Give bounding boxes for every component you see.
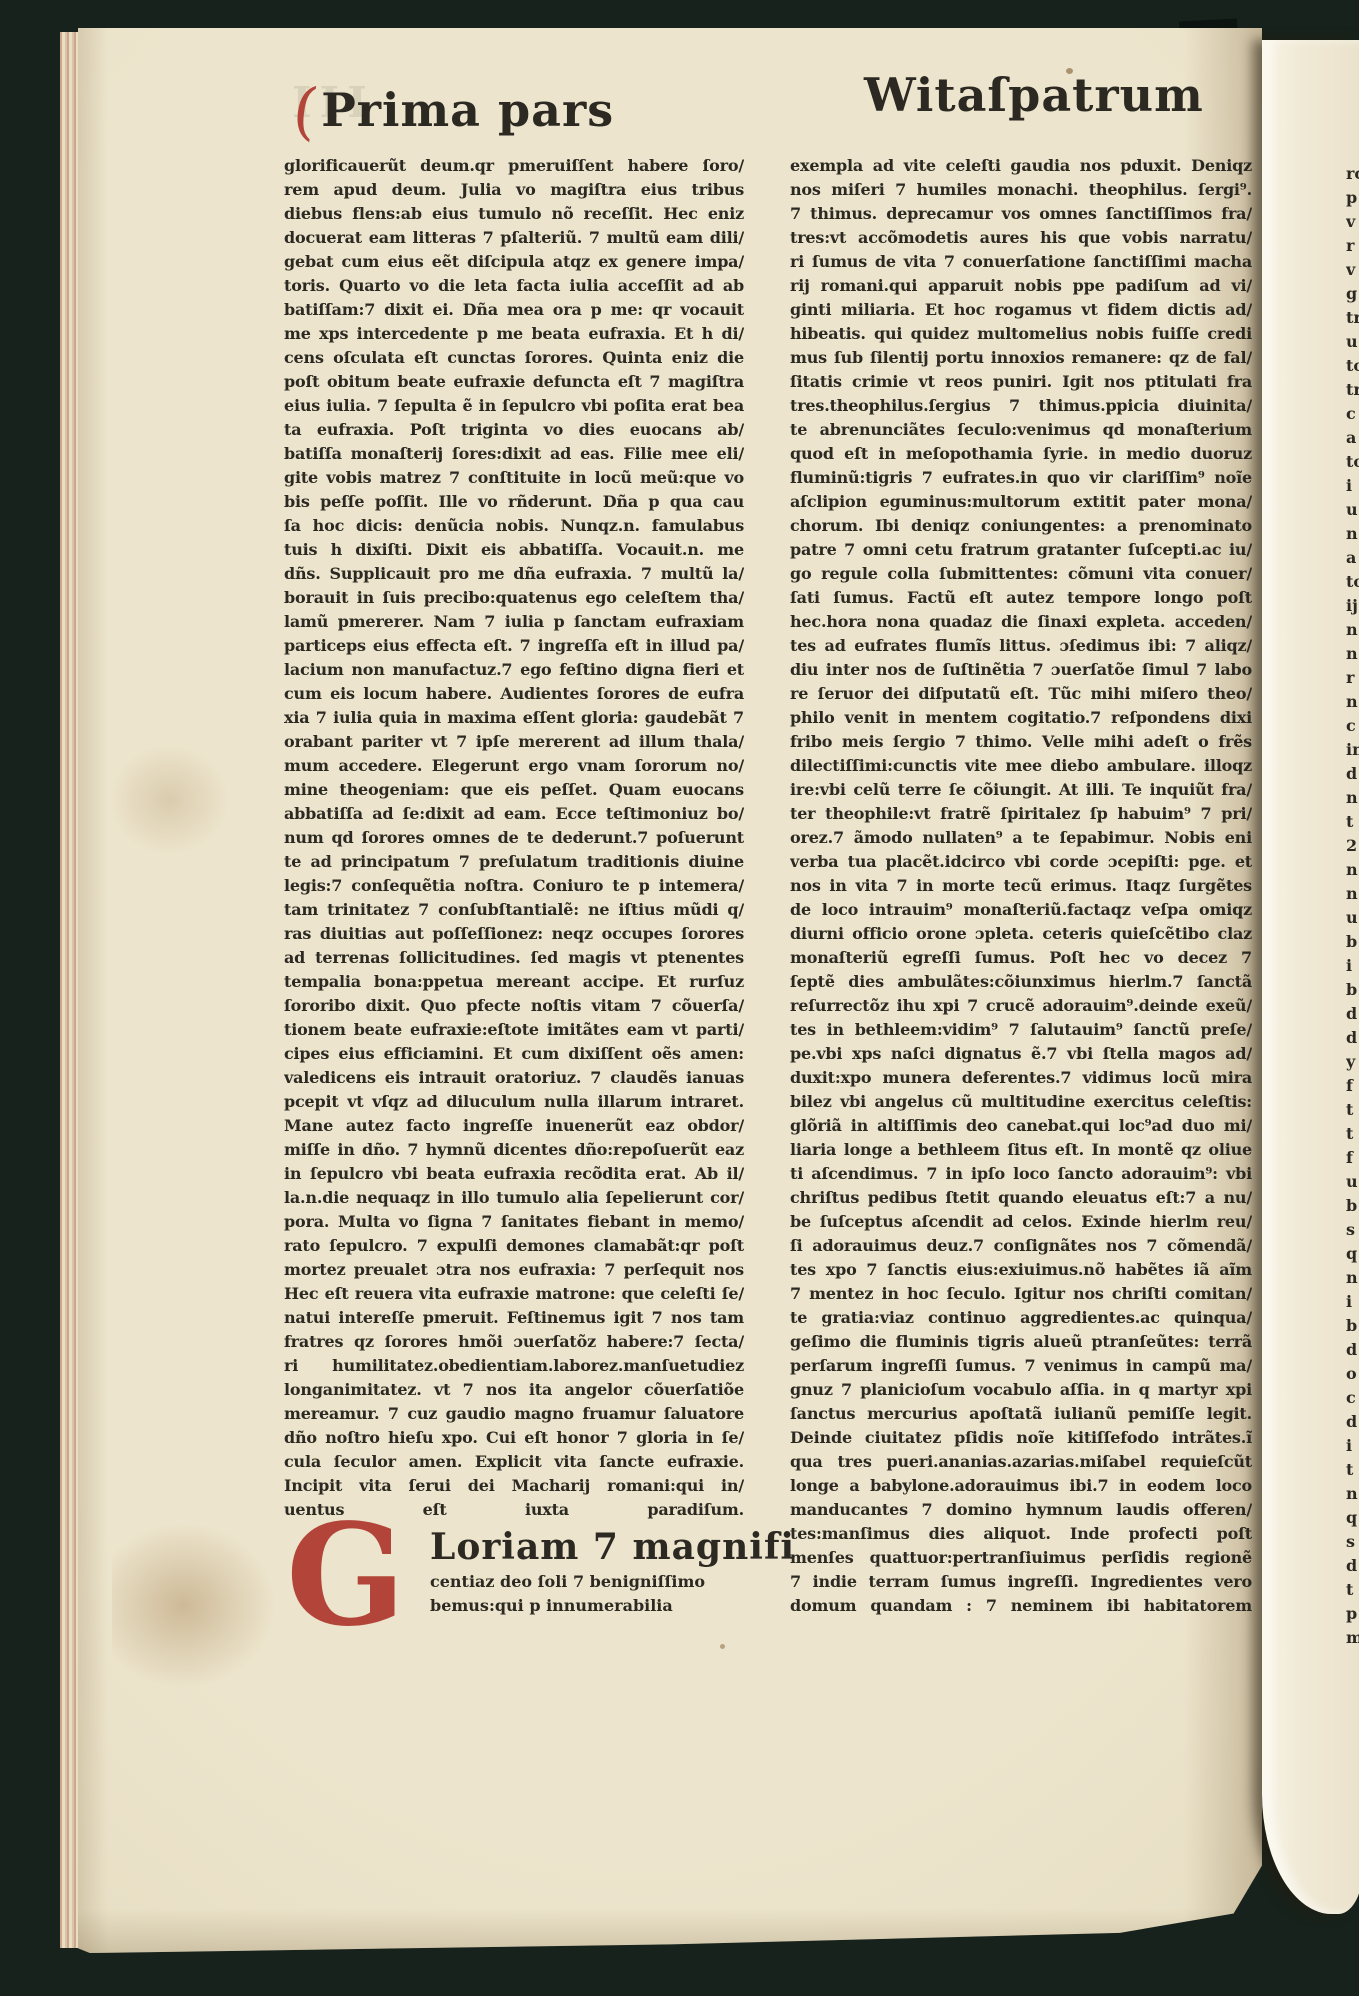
text-line: bis peſſe poſſit. Ille vo rñderunt. Dña … <box>284 490 744 514</box>
text-fragment: o <box>1346 1362 1359 1386</box>
text-fragment: p <box>1346 186 1359 210</box>
text-fragment: b <box>1346 1314 1359 1338</box>
text-line: tres:vt accõmodetis aures his que vobis … <box>790 226 1252 250</box>
text-line: legis:7 conſequẽtia noſtra. Coniuro te p… <box>284 874 744 898</box>
text-fragment: q <box>1346 1242 1359 1266</box>
text-line: ter theophile:vt fratrẽ ſpiritalez ſp ha… <box>790 802 1252 826</box>
chapter-opening: G Loriam 7 magnifi centiaz deo ſoli 7 be… <box>284 1524 746 1618</box>
text-line: te gratia:viaz continuo aggredientes.ac … <box>790 1306 1252 1330</box>
text-line: tes in bethleem:vidim⁹ 7 ſalutauim⁹ ſanc… <box>790 1018 1252 1042</box>
text-line: mine theogeniam: que eis peſſet. Quam eu… <box>284 778 744 802</box>
text-fragment: r <box>1346 666 1359 690</box>
text-fragment: n <box>1346 786 1359 810</box>
text-line: la.n.die nequaqz in illo tumulo alia ſep… <box>284 1186 744 1210</box>
next-page-text-fragments: rcpvrvgtrutotrcatoiunatoijnnrncindnt2nnu… <box>1346 162 1359 1650</box>
text-line: mus ſub ſilentij portu innoxios remanere… <box>790 346 1252 370</box>
text-line: abbatiſſa ad ſe:dixit ad eam. Ecce teſti… <box>284 802 744 826</box>
text-line: Mane autez facto ingreſſe inuenerũt eaz … <box>284 1114 744 1138</box>
text-fragment: n <box>1346 1482 1359 1506</box>
text-line: tes:manſimus dies aliquot. Inde profecti… <box>790 1522 1252 1546</box>
text-fragment: u <box>1346 1170 1359 1194</box>
illuminated-initial: G <box>286 1524 406 1628</box>
text-line: rij romani.qui apparuit nobis ppe padiſu… <box>790 274 1252 298</box>
text-line: poſt obitum beate eufraxie defuncta eſt … <box>284 370 744 394</box>
text-fragment: d <box>1346 1026 1359 1050</box>
text-fragment: p <box>1346 1602 1359 1626</box>
text-line: tempalia bona:ppetua mereant accipe. Et … <box>284 970 744 994</box>
chapter-opening-body: centiaz deo ſoli 7 benigniſſimo agere de… <box>430 1570 746 1618</box>
text-fragment: tr <box>1346 378 1359 402</box>
heading-left-label: Prima pars <box>321 83 614 137</box>
text-line: hibeatis. qui quidez multomelius nobis f… <box>790 322 1252 346</box>
text-line: ri humilitatez.obedientiam.laborez.manſu… <box>284 1354 744 1378</box>
text-line: cum eis locum habere. Audientes ſorores … <box>284 682 744 706</box>
text-line: domum quandam : 7 neminem ibi habitatore… <box>790 1594 1252 1618</box>
text-fragment: 2 <box>1346 834 1359 858</box>
next-page-edge: rcpvrvgtrutotrcatoiunatoijnnrncindnt2nnu… <box>1262 40 1359 1914</box>
paper-speck <box>1066 68 1073 74</box>
text-line: re ſeruor dei diſputatũ eſt. Tũc mihi mi… <box>790 682 1252 706</box>
text-fragment: u <box>1346 330 1359 354</box>
paper-stain <box>112 1524 282 1694</box>
text-fragment: i <box>1346 954 1359 978</box>
gutter-shadow-left <box>78 28 108 1954</box>
text-line: 7 indie terram ſumus ingreſſi. Ingredien… <box>790 1570 1252 1594</box>
text-fragment: v <box>1346 258 1359 282</box>
text-line: batiſſam:7 dixit ei. Dña mea ora p me: q… <box>284 298 744 322</box>
text-line: 7 mentez in hoc ſeculo. Igitur nos chriſ… <box>790 1282 1252 1306</box>
page-heading-right: Witaſpatrum <box>864 68 1204 122</box>
text-line: ire:vbi celũ terre ſe cõiungit. At illi.… <box>790 778 1252 802</box>
text-line: toris. Quarto vo die leta facta iulia ac… <box>284 274 744 298</box>
text-line: particeps eius effecta eſt. 7 ingreſſa e… <box>284 634 744 658</box>
text-line: mum accedere. Elegerunt ergo vnam ſororu… <box>284 754 744 778</box>
text-fragment: in <box>1346 738 1359 762</box>
text-line: longe a babylone.adorauimus ibi.7 in eod… <box>790 1474 1252 1498</box>
text-fragment: t <box>1346 1458 1359 1482</box>
text-line: geſimo die fluminis tigris alueũ ptranſe… <box>790 1330 1252 1354</box>
bottom-shadow <box>78 1908 1262 1954</box>
text-fragment: n <box>1346 618 1359 642</box>
text-line: qua tres pueri.ananias.azarias.miſabel r… <box>790 1450 1252 1474</box>
text-line: longanimitatez. vt 7 nos ita angelor cõu… <box>284 1378 744 1402</box>
text-line: chorum. Ibi deniqz coniungentes: a preno… <box>790 514 1252 538</box>
text-column-right: exempla ad vite celeſti gaudia nos pduxi… <box>790 154 1252 1618</box>
text-fragment: a <box>1346 426 1359 450</box>
text-fragment: ij <box>1346 594 1359 618</box>
text-line: reſurrectõz ihu xpi 7 crucẽ adorauim⁹.de… <box>790 994 1252 1018</box>
text-fragment: m <box>1346 1626 1359 1650</box>
text-line: me xps intercedente p me beata eufraxia.… <box>284 322 744 346</box>
text-line: eius iulia. 7 ſepulta ẽ in ſepulcro vbi … <box>284 394 744 418</box>
text-line: aſclipion eguminus:multorum extitit pate… <box>790 490 1252 514</box>
text-line: valedicens eis intrauit oratoriuz. 7 cla… <box>284 1066 744 1090</box>
text-fragment: t <box>1346 810 1359 834</box>
text-line: ſati ſumus. Factũ eſt autez tempore long… <box>790 586 1252 610</box>
text-line: rem apud deum. Julia vo magiſtra eius tr… <box>284 178 744 202</box>
text-line: gite vobis matrez 7 conſtituite in locũ … <box>284 466 744 490</box>
text-line: bemus:qui p innumerabilia miraculorũ <box>430 1594 746 1618</box>
text-line: liaria longe a bethleem ſitus eſt. In mo… <box>790 1138 1252 1162</box>
text-fragment: c <box>1346 402 1359 426</box>
text-line: ti aſcendimus. 7 in ipſo loco ſancto ado… <box>790 1162 1252 1186</box>
text-line: glõriã in altiſſimis deo canebat.qui loc… <box>790 1114 1252 1138</box>
text-line: diurni officio orone ɔpleta. ceteris qui… <box>790 922 1252 946</box>
text-fragment: n <box>1346 690 1359 714</box>
text-fragment: a <box>1346 546 1359 570</box>
text-line: te ad principatum 7 preſulatum tradition… <box>284 850 744 874</box>
text-line: natui intereſſe pmeruit. Feſtinemus igit… <box>284 1306 744 1330</box>
text-fragment: to <box>1346 570 1359 594</box>
text-line: philo venit in mentem cogitatio.7 reſpon… <box>790 706 1252 730</box>
chapter-opening-display-line: Loriam 7 magnifi <box>430 1524 746 1570</box>
text-line: patre 7 omni cetu fratrum gratanter ſuſc… <box>790 538 1252 562</box>
text-column-left: glorificauerũt deum.qr pmeruiſſent haber… <box>284 154 744 1522</box>
text-line: ginti miliaria. Et hoc rogamus vt fidem … <box>790 298 1252 322</box>
text-line: exempla ad vite celeſti gaudia nos pduxi… <box>790 154 1252 178</box>
text-line: mereamur. 7 cuz gaudio magno fruamur ſal… <box>284 1402 744 1426</box>
text-line: cipes eius efficiamini. Et cum dixiſſent… <box>284 1042 744 1066</box>
text-fragment: n <box>1346 642 1359 666</box>
text-line: pcepit vt vſqz ad diluculum nulla illaru… <box>284 1090 744 1114</box>
text-line: num qd ſorores omnes de te dederunt.7 po… <box>284 826 744 850</box>
text-fragment: d <box>1346 1338 1359 1362</box>
text-fragment: n <box>1346 882 1359 906</box>
text-line: nos miſeri 7 humiles monachi. theophilus… <box>790 178 1252 202</box>
text-line: ſitatis crimie vt reos puniri. Igit nos … <box>790 370 1252 394</box>
text-fragment: v <box>1346 210 1359 234</box>
chapter-opening-lines: Loriam 7 magnifi centiaz deo ſoli 7 beni… <box>430 1524 746 1618</box>
paragraph-mark-icon: ( <box>289 73 323 149</box>
heading-right-label: Witaſpatrum <box>864 68 1204 122</box>
text-line: gnuz 7 planicioſum vocabulo aſſia. in q … <box>790 1378 1252 1402</box>
text-fragment: i <box>1346 1290 1359 1314</box>
text-line: borauit in ſuis precibo:quatenus ego cel… <box>284 586 744 610</box>
text-fragment: i <box>1346 1434 1359 1458</box>
text-line: de loco intrauim⁹ monaſteriũ.factaqz veſ… <box>790 898 1252 922</box>
text-line: docuerat eam litteras 7 pſalteriũ. 7 mul… <box>284 226 744 250</box>
text-line: tes xpo 7 ſanctis eius:exiuimus.nõ habẽt… <box>790 1258 1252 1282</box>
text-line: verba tua placẽt.idcirco vbi corde ɔcepi… <box>790 850 1252 874</box>
text-fragment: n <box>1346 1266 1359 1290</box>
text-fragment: c <box>1346 714 1359 738</box>
book-page: III (Prima pars Witaſpatrum glorificauer… <box>78 28 1262 1954</box>
text-line: tam trinitatez 7 conſubſtantialẽ: ne iſt… <box>284 898 744 922</box>
text-line: batiſſa monaſterij ſores:dixit ad eas. F… <box>284 442 744 466</box>
text-line: ſa hoc dicis: denũcia nobis. Nunqz.n. fa… <box>284 514 744 538</box>
text-line: dilectiſſimi:cunctis vite mee diebo ambu… <box>790 754 1252 778</box>
text-line: ſi adorauimus deuz.7 conſignãtes nos 7 c… <box>790 1234 1252 1258</box>
text-line: tes ad eufrates flumĩs littus. ɔſedimus … <box>790 634 1252 658</box>
text-fragment: q <box>1346 1506 1359 1530</box>
text-line: ad terrenas ſollicitudines. ſed magis vt… <box>284 946 744 970</box>
text-line: fribo meis ſergio 7 thimo. Velle mihi ad… <box>790 730 1252 754</box>
text-fragment: n <box>1346 522 1359 546</box>
text-line: Deinde ciuitatez pſidis noĩe kitiſſefodo… <box>790 1426 1252 1450</box>
text-line: cens oſculata eſt cunctas ſorores. Quint… <box>284 346 744 370</box>
text-line: tuis h dixiſti. Dixit eis abbatiſſa. Voc… <box>284 538 744 562</box>
text-line: tionem beate eufraxie:eſtote imitãtes ea… <box>284 1018 744 1042</box>
text-line: be ſuſceptus aſcendit ad celos. Exinde h… <box>790 1210 1252 1234</box>
text-fragment: c <box>1346 1386 1359 1410</box>
text-fragment: d <box>1346 1002 1359 1026</box>
text-fragment: t <box>1346 1578 1359 1602</box>
text-fragment: to <box>1346 354 1359 378</box>
text-fragment: s <box>1346 1218 1359 1242</box>
text-fragment: u <box>1346 498 1359 522</box>
text-line: Hec eſt reuera vita eufraxie matrone: qu… <box>284 1282 744 1306</box>
text-line: bilez vbi angelus cũ multitudine exercit… <box>790 1090 1252 1114</box>
photo-background: III (Prima pars Witaſpatrum glorificauer… <box>0 0 1359 1996</box>
text-line: mortez preualet ɔtra nos eufraxia: 7 per… <box>284 1258 744 1282</box>
paper-speck <box>720 1644 725 1649</box>
text-line: chriſtus pedibus ſtetit quando eleuatus … <box>790 1186 1252 1210</box>
text-fragment: n <box>1346 858 1359 882</box>
text-line: gebat cum eius eẽt diſcipula atqz ex gen… <box>284 250 744 274</box>
text-line: 7 thimus. deprecamur vos omnes ſanctiſſi… <box>790 202 1252 226</box>
text-line: lamũ pmererer. Nam 7 iulia p ſanctam euf… <box>284 610 744 634</box>
text-fragment: f <box>1346 1146 1359 1170</box>
text-fragment: rc <box>1346 162 1359 186</box>
text-line: nos in vita 7 in morte tecũ erimus. Itaq… <box>790 874 1252 898</box>
text-line: manducantes 7 domino hymnum laudis offer… <box>790 1498 1252 1522</box>
text-line: te abrenunciãtes ſeculo:venimus qd monaſ… <box>790 418 1252 442</box>
text-line: ſororibo dixit. Quo pfecte noſtis vitam … <box>284 994 744 1018</box>
text-line: ta eufraxia. Poſt triginta vo dies euoca… <box>284 418 744 442</box>
text-line: dño noſtro hieſu xpo. Cui eſt honor 7 gl… <box>284 1426 744 1450</box>
text-line: xia 7 iulia quia in maxima eſſent gloria… <box>284 706 744 730</box>
text-line: perſarum ingreſſi ſumus. 7 venimus in ca… <box>790 1354 1252 1378</box>
text-fragment: b <box>1346 1194 1359 1218</box>
text-fragment: u <box>1346 906 1359 930</box>
text-line: fratres qz ſorores hmõi ɔuerſatõz habere… <box>284 1330 744 1354</box>
text-line: glorificauerũt deum.qr pmeruiſſent haber… <box>284 154 744 178</box>
text-line: dñs. Supplicauit pro me dña eufraxia. 7 … <box>284 562 744 586</box>
text-line: fluminũ:tigris 7 eufrates.in quo vir cla… <box>790 466 1252 490</box>
text-line: ſanctus mercurius apoſtatã iulianũ pemiſ… <box>790 1402 1252 1426</box>
text-line: quod eſt in meſopothamia ſyrie. in medio… <box>790 442 1252 466</box>
text-line: orez.7 ãmodo nullaten⁹ a te ſepabimur. N… <box>790 826 1252 850</box>
text-line: menſes quattuor:pertranſiuimus perſidis … <box>790 1546 1252 1570</box>
text-fragment: b <box>1346 978 1359 1002</box>
paper-stain <box>104 740 234 860</box>
text-fragment: r <box>1346 234 1359 258</box>
text-fragment: d <box>1346 1410 1359 1434</box>
text-fragment: tr <box>1346 306 1359 330</box>
text-fragment: d <box>1346 762 1359 786</box>
text-line: cula ſeculor amen. Explicit vita ſancte … <box>284 1450 744 1474</box>
text-fragment: to <box>1346 450 1359 474</box>
text-fragment: i <box>1346 474 1359 498</box>
text-fragment: s <box>1346 1530 1359 1554</box>
text-line: pora. Multa vo ſigna 7 ſanitates fiebant… <box>284 1210 744 1234</box>
text-line: monaſteriũ egreſſi ſumus. Poſt hec vo de… <box>790 946 1252 970</box>
text-line: hec.hora nona quadaz die ſinaxi expleta.… <box>790 610 1252 634</box>
text-line: ras diuitias aut poſſeſſionez: neqz occu… <box>284 922 744 946</box>
text-line: pe.vbi xps naſci dignatus ẽ.7 vbi ſtella… <box>790 1042 1252 1066</box>
text-line: diu inter nos de ſuſtinẽtia 7 ɔuerſatõe … <box>790 658 1252 682</box>
text-line: tres.theophilus.ſergius 7 thimus.ppicia … <box>790 394 1252 418</box>
text-fragment: f <box>1346 1074 1359 1098</box>
text-line: lacium non manufactuz.7 ego feſtino dign… <box>284 658 744 682</box>
page-heading-left: (Prima pars <box>294 68 614 141</box>
text-fragment: b <box>1346 930 1359 954</box>
text-line: in ſepulcro vbi beata eufraxia recõdita … <box>284 1162 744 1186</box>
text-fragment: t <box>1346 1098 1359 1122</box>
text-line: ri ſumus de vita 7 conuerſatione ſanctiſ… <box>790 250 1252 274</box>
text-line: orabant pariter vt 7 ipſe mererent ad il… <box>284 730 744 754</box>
text-line: miſſe in dño. 7 hymnũ dicentes dño:repoſ… <box>284 1138 744 1162</box>
text-fragment: t <box>1346 1122 1359 1146</box>
text-line: rato ſepulcro. 7 expulſi demones clamabã… <box>284 1234 744 1258</box>
text-line: centiaz deo ſoli 7 benigniſſimo agere de… <box>430 1570 746 1594</box>
text-line: diebus flens:ab eius tumulo nõ receſſit.… <box>284 202 744 226</box>
text-line: ſeptẽ dies ambulãtes:cõiunximus hierlm.7… <box>790 970 1252 994</box>
text-fragment: y <box>1346 1050 1359 1074</box>
text-fragment: d <box>1346 1554 1359 1578</box>
text-line: duxit:xpo munera deferentes.7 vidimus lo… <box>790 1066 1252 1090</box>
text-line: go regule colla ſubmittentes: cõmuni vit… <box>790 562 1252 586</box>
text-fragment: g <box>1346 282 1359 306</box>
